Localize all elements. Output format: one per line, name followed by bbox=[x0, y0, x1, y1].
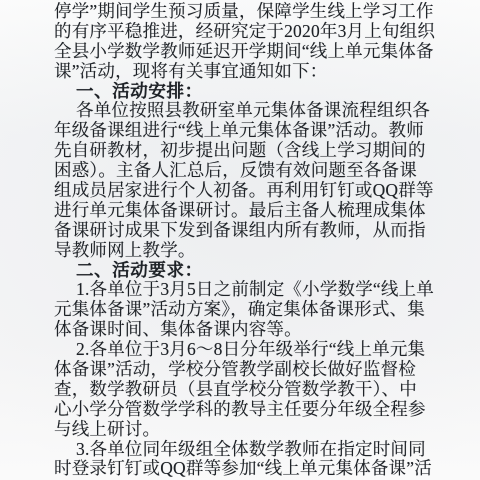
text-line: 组成员居家进行个人初备。再利用钉钉或QQ群等 bbox=[54, 181, 462, 201]
text-line: 与线上研讨。 bbox=[54, 420, 462, 440]
text-line: 元集体备课”活动方案》，确定集体备课形式、集 bbox=[54, 300, 462, 320]
section-heading-line: 二、活动要求： bbox=[54, 261, 462, 281]
text-line: 3.各单位同年级组全体数学教师在指定时间同 bbox=[54, 440, 462, 460]
text-line: 的有序平稳推进，经研究定于2020年3月上旬组织 bbox=[54, 22, 462, 42]
text-line: 导教师网上教学。 bbox=[54, 241, 462, 261]
text-line: 困惑）。主备人汇总后，反馈有效问题至各备课 bbox=[54, 161, 462, 181]
text-line: 进行单元集体备课研讨。最后主备人梳理成集体 bbox=[54, 201, 462, 221]
text-line: 心小学分管数学学科的教导主任要分年级全程参 bbox=[54, 400, 462, 420]
section-heading-line: 一、活动安排： bbox=[54, 82, 462, 102]
notice-text-block: 停学”期间学生预习质量，保障学生线上学习工作的有序平稳推进，经研究定于2020年… bbox=[54, 2, 462, 479]
document-page: 停学”期间学生预习质量，保障学生线上学习工作的有序平稳推进，经研究定于2020年… bbox=[0, 0, 480, 480]
text-line: 先自研教材，初步提出问题（含线上学习期间的 bbox=[54, 141, 462, 161]
text-line: 各单位按照县教研室单元集体备课流程组织各 bbox=[54, 101, 462, 121]
text-line: 课”活动，现将有关事宜通知如下： bbox=[54, 62, 462, 82]
text-line: 体备课时间、集体备课内容等。 bbox=[54, 320, 462, 340]
text-line: 2.各单位于3月6～8日分年级举行“线上单元集 bbox=[54, 340, 462, 360]
text-line: 查，数学教研员（县直学校分管数学教干）、中 bbox=[54, 380, 462, 400]
text-line: 停学”期间学生预习质量，保障学生线上学习工作 bbox=[54, 2, 462, 22]
text-line: 时登录钉钉或QQ群等参加“线上单元集体备课”活 bbox=[54, 459, 462, 479]
text-line: 备课研讨成果下发到备课组内所有教师，从而指 bbox=[54, 221, 462, 241]
text-line: 体备课”活动，学校分管教学副校长做好监督检 bbox=[54, 360, 462, 380]
text-line: 1.各单位于3月5日之前制定《小学数学“线上单 bbox=[54, 280, 462, 300]
text-line: 全县小学数学教师延迟开学期间“线上单元集体备 bbox=[54, 42, 462, 62]
text-line: 年级备课组进行“线上单元集体备课”活动。教师 bbox=[54, 121, 462, 141]
